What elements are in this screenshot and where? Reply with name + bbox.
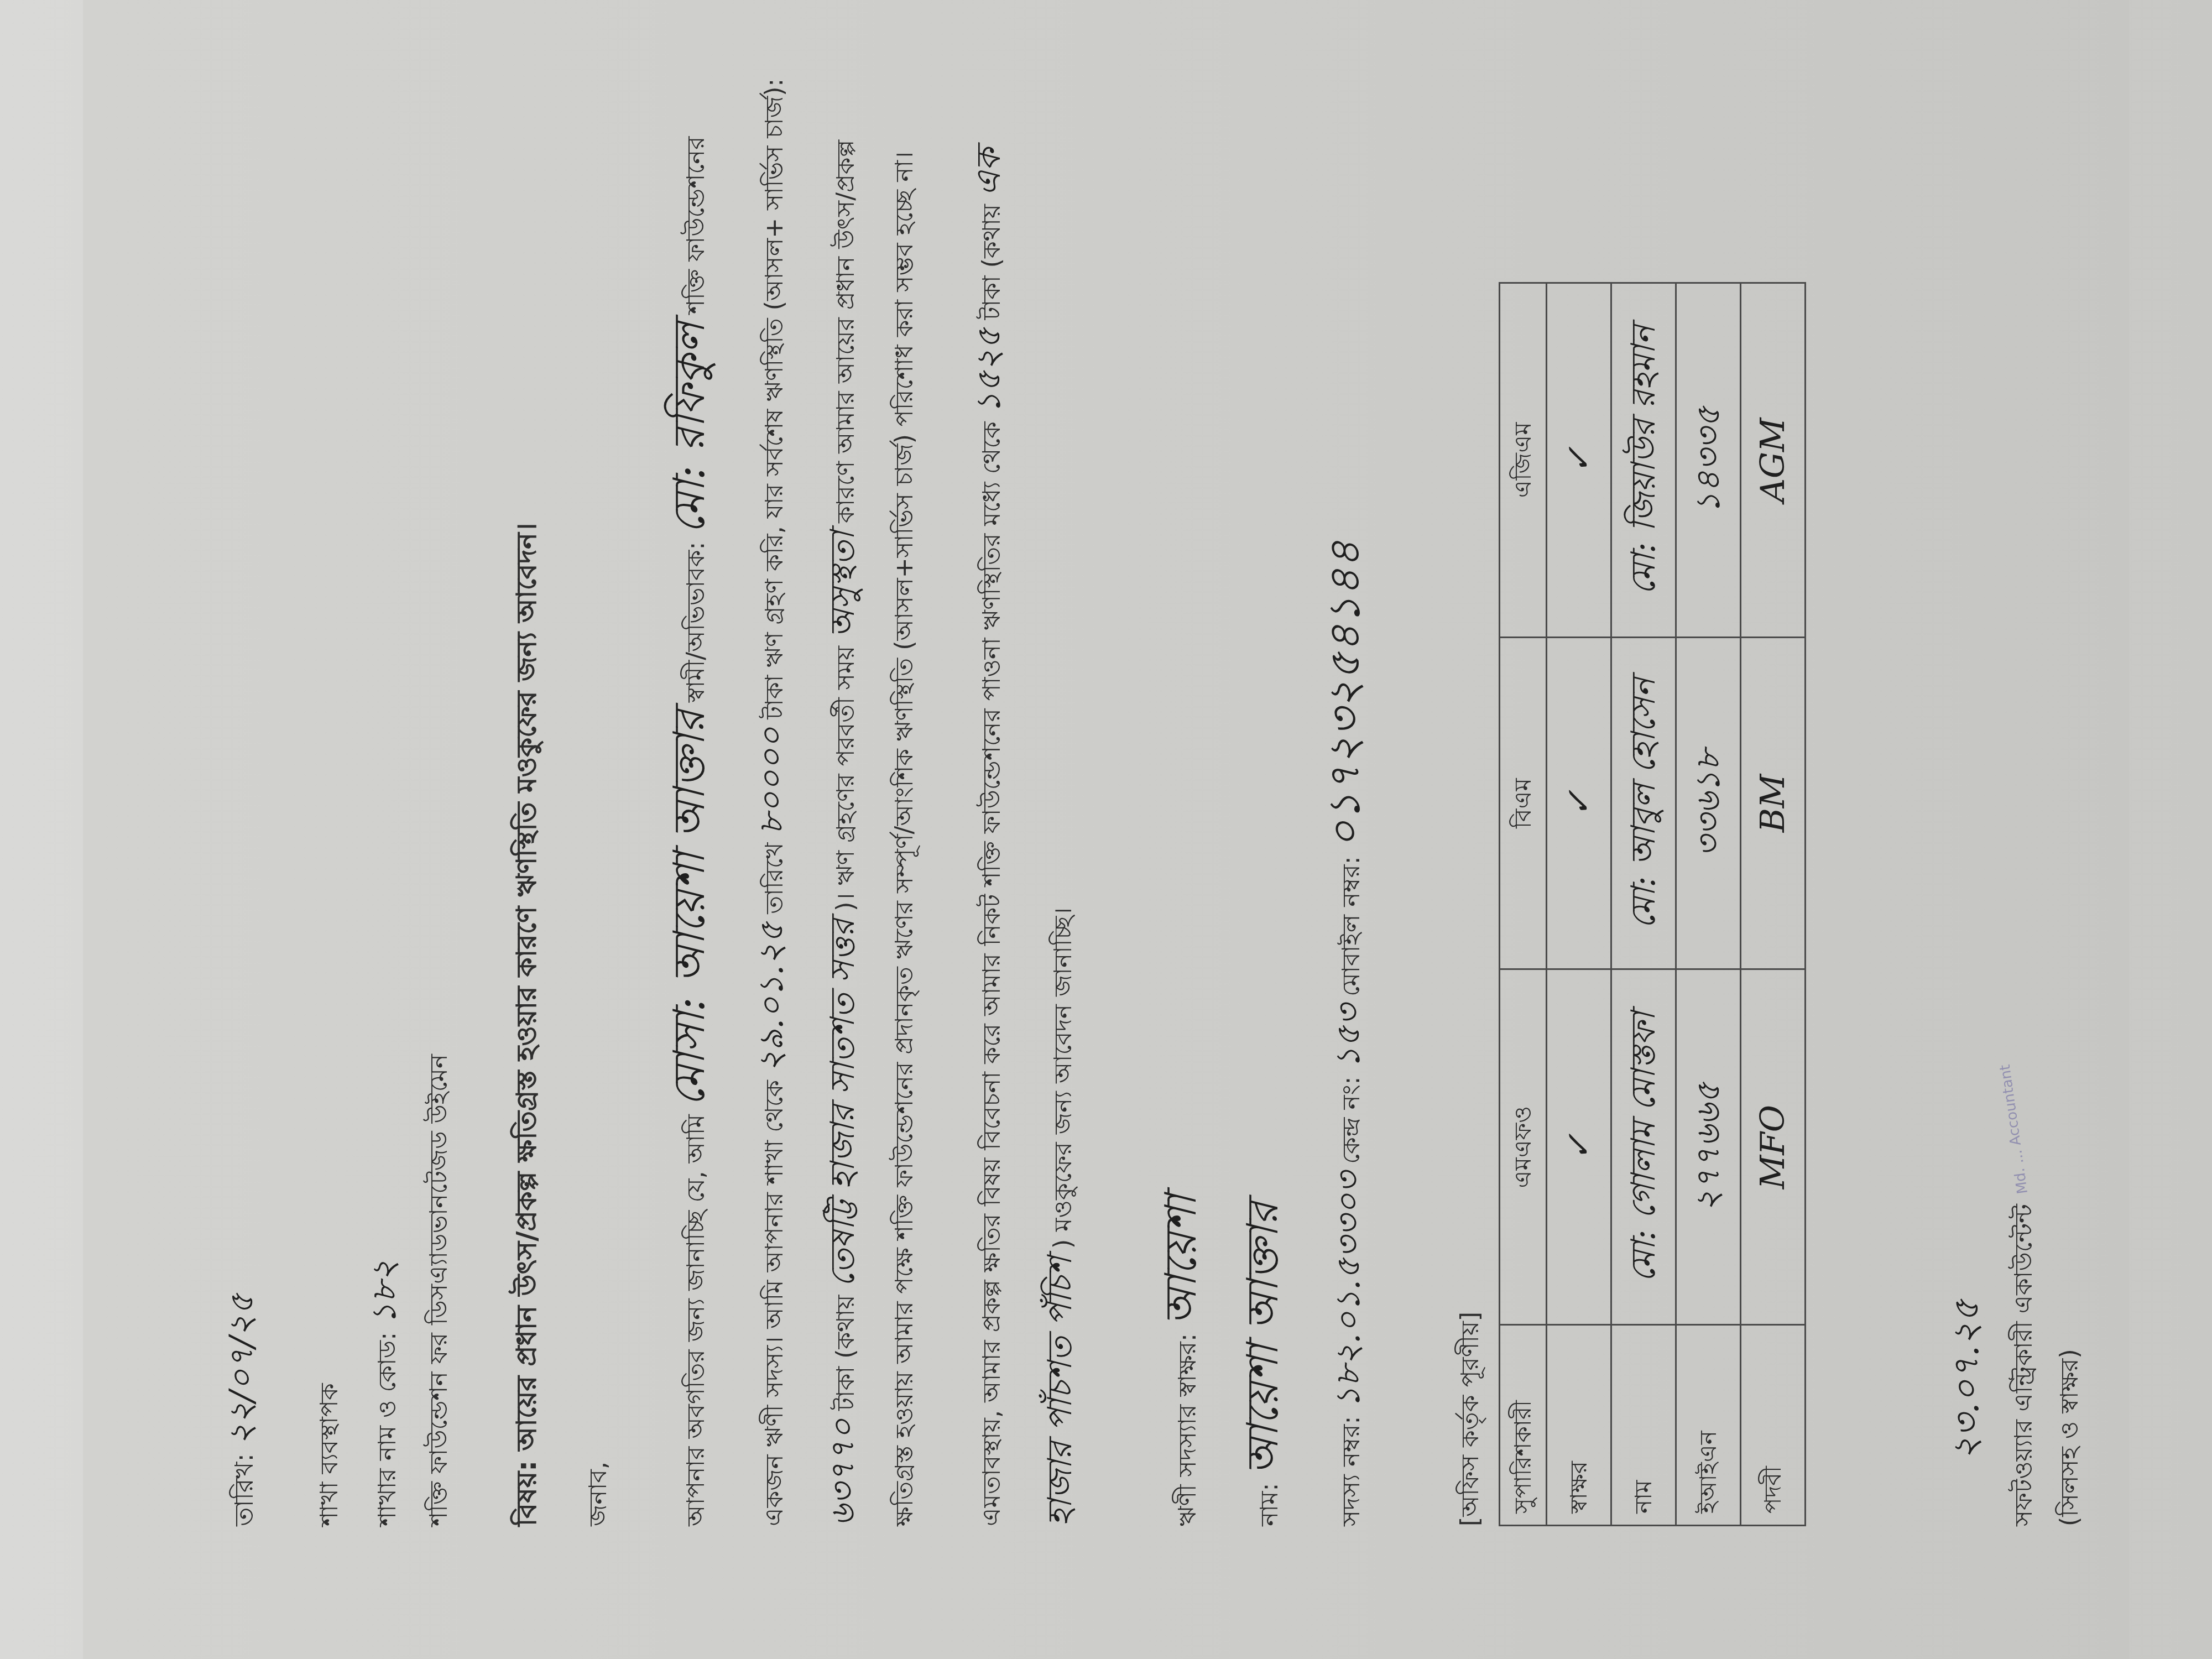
- row-label: সুপারিশকারী: [1500, 1325, 1547, 1526]
- signature-cell: ✓: [1547, 283, 1611, 638]
- accountant-title: সফটওয়্যার এন্ট্রিকারী একাউন্টেন্ট: [2001, 77, 2047, 1526]
- borrower-signature: আয়েশা: [1156, 1194, 1206, 1326]
- subject-line: বিষয়: আয়ের প্রধান উৎস/প্রকল্প ক্ষতিগ্র…: [500, 77, 553, 1526]
- para2-text-2: টাকা (কথায়: [978, 204, 1006, 320]
- accountant-block: ২৩.০৭.২৫ সফটওয়্যার এন্ট্রিকারী একাউন্টে…: [1933, 77, 2093, 1526]
- designation-cell: MFO: [1741, 969, 1806, 1325]
- para1-text-7: )। ঋণ গ্রহণের পরবর্তী সময়: [832, 646, 860, 911]
- column-header: এমএফও: [1500, 969, 1547, 1325]
- table-row: সুপারিশকারী এমএফও বিএম এজিএম: [1500, 283, 1547, 1526]
- table-row: নাম মো: গোলাম মোস্তফা মো: আবুল হোসেন মো:…: [1611, 283, 1676, 1526]
- paragraph-application-body: আপনার অবগতির জন্য জানাচ্ছি যে, আমি মোসা:…: [644, 77, 931, 1526]
- balance-words-handwritten: তেষট্টি হাজার সাতশত সত্তর: [823, 919, 862, 1287]
- signature-cell: ✓: [1547, 969, 1611, 1325]
- recommendation-table: সুপারিশকারী এমএফও বিএম এজিএম স্বাক্ষর ✓ …: [1499, 282, 1806, 1526]
- borrower-name-value: আয়েশা আক্তার: [1238, 1202, 1288, 1475]
- designation-cell: BM: [1741, 637, 1806, 969]
- salutation: জনাব,: [575, 77, 622, 1526]
- para1-text-2: স্বামী/অভিভাবক:: [682, 542, 710, 703]
- para1-text-1: আপনার অবগতির জন্য জানাচ্ছি যে, আমি: [682, 1114, 710, 1526]
- date-row: তারিখ: ২২/০৭/২৫: [210, 77, 273, 1526]
- column-header: এজিএম: [1500, 283, 1547, 638]
- name-cell: মো: আবুল হোসেন: [1611, 637, 1676, 969]
- table-row: পদবী MFO BM AGM: [1741, 283, 1806, 1526]
- ein-cell: ৩৩৬১৮: [1676, 637, 1741, 969]
- name-cell: মো: গোলাম মোস্তফা: [1611, 969, 1676, 1325]
- para1-text-6: টাকা (কথায়: [832, 1295, 860, 1411]
- addressee-title: শাখা ব্যবস্থাপক: [306, 77, 353, 1526]
- para1-text-4: তারিখে: [760, 843, 789, 914]
- center-no-label: কেন্দ্র নং:: [1337, 1077, 1365, 1164]
- addressee-block: শাখা ব্যবস্থাপক শাখার নাম ও কোড: ১৮২ শক্…: [306, 77, 462, 1526]
- branch-code-value: ১৮২: [365, 1260, 404, 1324]
- borrower-sign-label: ঋণী সদস্যার স্বাক্ষর:: [1173, 1333, 1202, 1526]
- designation-cell: AGM: [1741, 283, 1806, 638]
- column-header: বিএম: [1500, 637, 1547, 969]
- para2-text-3: ) মওকুফের জন্য আবেদন জানাচ্ছি।: [1049, 907, 1077, 1249]
- date-label: তারিখ:: [229, 1453, 259, 1526]
- loan-date-handwritten: ২৯.০১.২৫: [752, 922, 791, 1072]
- ein-cell: ১৪৩৩৫: [1676, 283, 1741, 638]
- row-label: ইআইএন: [1676, 1325, 1741, 1526]
- application-form-page: তারিখ: ২২/০৭/২৫ শাখা ব্যবস্থাপক শাখার না…: [83, 0, 2129, 1659]
- table-row: স্বাক্ষর ✓ ✓ ✓: [1547, 283, 1611, 1526]
- branch-name-label: শাখার নাম ও কোড:: [373, 1332, 401, 1526]
- loan-amount-handwritten: ৮০০০০: [752, 727, 791, 835]
- paragraph-waiver-request: এমতাবস্থায়, আমার প্রকল্প ক্ষতির বিষয় ব…: [953, 77, 1096, 1526]
- accountant-subtitle: (সিলসহ ও স্বাক্ষর): [2047, 77, 2093, 1526]
- balance-handwritten: ৬৩৭৭০: [823, 1418, 862, 1526]
- borrower-name-handwritten: মোসা: আয়েশা আক্তার: [665, 710, 714, 1107]
- date-value: ২২/০৭/২৫: [222, 1293, 261, 1445]
- office-section-label: [অফিস কর্তৃক পূরণীয়]: [1447, 77, 1494, 1526]
- mobile-value: ০১৭২৩২৫৪১৪৪: [1320, 540, 1370, 848]
- accountant-signature: ২৩.০৭.২৫: [1933, 77, 2001, 1460]
- waiver-amount-handwritten: ১৫২৫: [969, 328, 1008, 414]
- member-no-value: ১৮২.০১.৫৩৩০৩: [1329, 1172, 1368, 1408]
- row-label: নাম: [1611, 1325, 1676, 1526]
- guardian-handwritten: মো: রফিকুল: [665, 322, 714, 534]
- name-cell: মো: জিয়াউর রহমান: [1611, 283, 1676, 638]
- mobile-label: মোবাইল নম্বর:: [1337, 857, 1365, 997]
- ein-cell: ২৭৭৬৬৫: [1676, 969, 1741, 1325]
- reason-handwritten: অসুস্থতা: [823, 531, 862, 638]
- center-no-value: ১৫৩: [1329, 1004, 1368, 1069]
- row-label: স্বাক্ষর: [1547, 1325, 1611, 1526]
- para1-text-5: টাকা ঋণ গ্রহণ করি, যার সর্বশেষ ঋণস্থিতি …: [760, 79, 789, 719]
- borrower-block: ঋণী সদস্যার স্বাক্ষর: আয়েশা নাম: আয়েশা…: [1140, 77, 1386, 1526]
- signature-cell: ✓: [1547, 637, 1611, 969]
- member-no-label: সদস্য নম্বর:: [1337, 1416, 1365, 1526]
- table-row: ইআইএন ২৭৭৬৬৫ ৩৩৬১৮ ১৪৩৩৫: [1676, 283, 1741, 1526]
- row-label: পদবী: [1741, 1325, 1806, 1526]
- organization-name: শক্তি ফাউন্ডেশন ফর ডিসএ্যাডভানটেজড উইমেন: [416, 77, 462, 1526]
- borrower-name-label: নাম:: [1255, 1483, 1284, 1526]
- para2-text-1: এমতাবস্থায়, আমার প্রকল্প ক্ষতির বিষয় ব…: [978, 421, 1006, 1526]
